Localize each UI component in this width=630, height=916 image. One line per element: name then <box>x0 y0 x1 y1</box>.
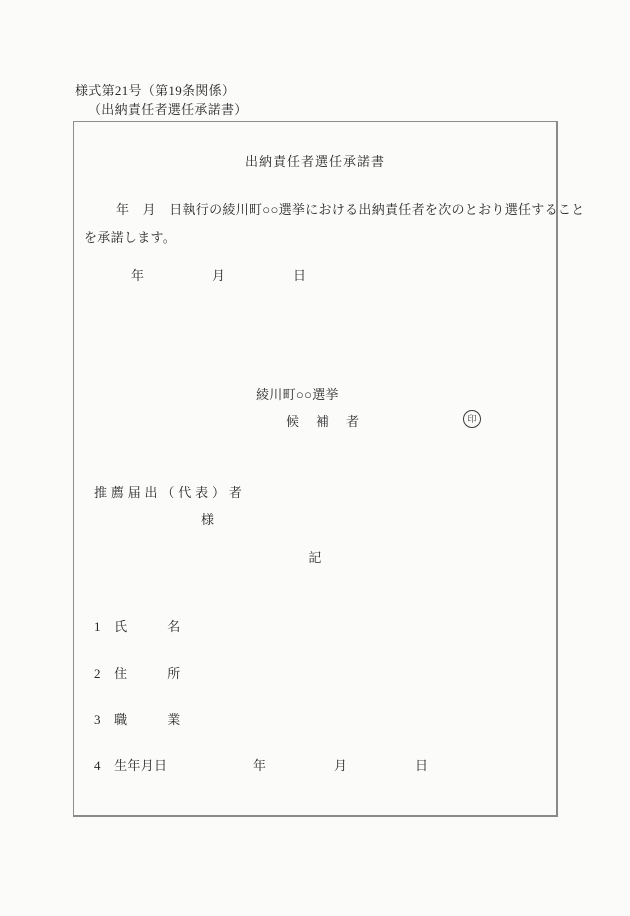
item-birthdate-date-line: 年 月 日 <box>253 758 442 774</box>
item-name: 1 氏 名 <box>94 619 181 635</box>
section-marker-ki: 記 <box>74 550 556 566</box>
document-page: 様式第21号（第19条関係） （出納責任者選任承諾書） 出納責任者選任承諾書 年… <box>0 0 630 916</box>
candidate-label: 候 補 者 <box>286 414 361 430</box>
document-border-box: 出納責任者選任承諾書 年 月 日執行の綾川町○○選挙における出納責任者を次のとお… <box>73 121 558 817</box>
election-name: 綾川町○○選挙 <box>256 387 339 403</box>
addressee-sama: 様 <box>201 512 214 528</box>
document-title: 出納責任者選任承諾書 <box>74 154 556 170</box>
body-line-1: 年 月 日執行の綾川町○○選挙における出納責任者を次のとおり選任すること <box>116 202 585 218</box>
item-birthdate: 4 生年月日 <box>94 758 167 774</box>
form-paren-title: （出納責任者選任承諾書） <box>88 102 248 118</box>
form-number: 様式第21号（第19条関係） <box>75 83 235 99</box>
inkan-seal-icon: 印 <box>463 410 481 428</box>
seal-char: 印 <box>467 415 476 424</box>
item-address: 2 住 所 <box>94 666 181 682</box>
item-occupation: 3 職 業 <box>94 712 181 728</box>
nominator-label: 推 薦 届 出 （ 代 表 ） 者 <box>94 485 242 501</box>
date-line: 年 月 日 <box>131 268 320 284</box>
body-line-2: を承諾します。 <box>84 230 176 246</box>
